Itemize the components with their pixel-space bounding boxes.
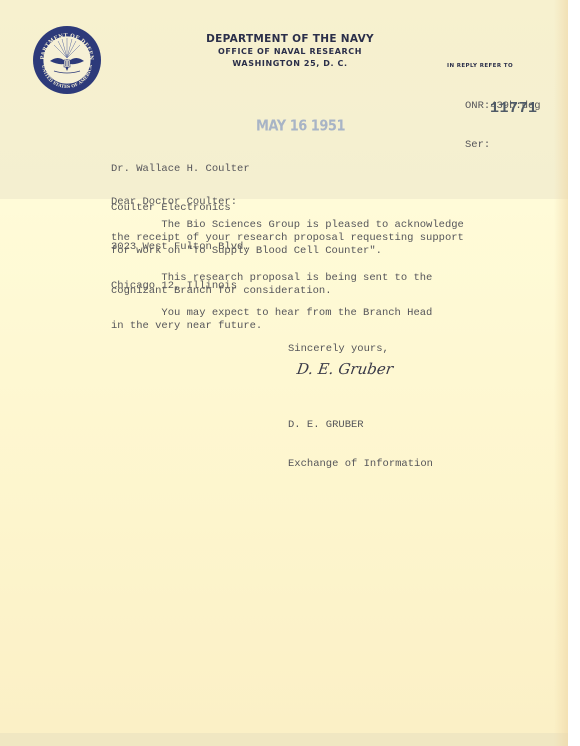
letter-page: DEPARTMENT OF DEFENSE UNITED STATES OF A…: [0, 0, 568, 746]
paper-edge-shadow: [554, 0, 568, 746]
serial-label: Ser:: [465, 139, 541, 152]
signer-name: D. E. GRUBER: [288, 419, 433, 432]
body-paragraph: You may expect to hear from the Branch H…: [111, 307, 432, 333]
date-received-stamp: MAY 16 1951: [256, 118, 345, 135]
serial-number-stamp: 11771: [490, 100, 538, 117]
salutation: Dear Doctor Coulter:: [111, 196, 237, 209]
office-name: OFFICE OF NAVAL RESEARCH: [180, 46, 400, 58]
office-location: WASHINGTON 25, D. C.: [180, 58, 400, 70]
department-name: DEPARTMENT OF THE NAVY: [180, 32, 400, 46]
department-of-defense-seal-icon: DEPARTMENT OF DEFENSE UNITED STATES OF A…: [32, 25, 102, 95]
letterhead: DEPARTMENT OF THE NAVY OFFICE OF NAVAL R…: [180, 32, 400, 70]
reply-reference-label: IN REPLY REFER TO: [447, 63, 513, 69]
signer-title: Exchange of Information: [288, 458, 433, 471]
address-line: Dr. Wallace H. Coulter: [111, 163, 250, 176]
handwritten-signature: D. E. Gruber: [296, 360, 395, 378]
complimentary-close: Sincerely yours,: [288, 343, 389, 356]
body-paragraph: The Bio Sciences Group is pleased to ack…: [111, 219, 464, 258]
signature-block: D. E. GRUBER Exchange of Information: [288, 393, 433, 497]
scan-edge-strip: [0, 733, 568, 746]
reference-block: ONR:439b:deg Ser:: [465, 74, 541, 178]
body-paragraph: This research proposal is being sent to …: [111, 272, 432, 298]
